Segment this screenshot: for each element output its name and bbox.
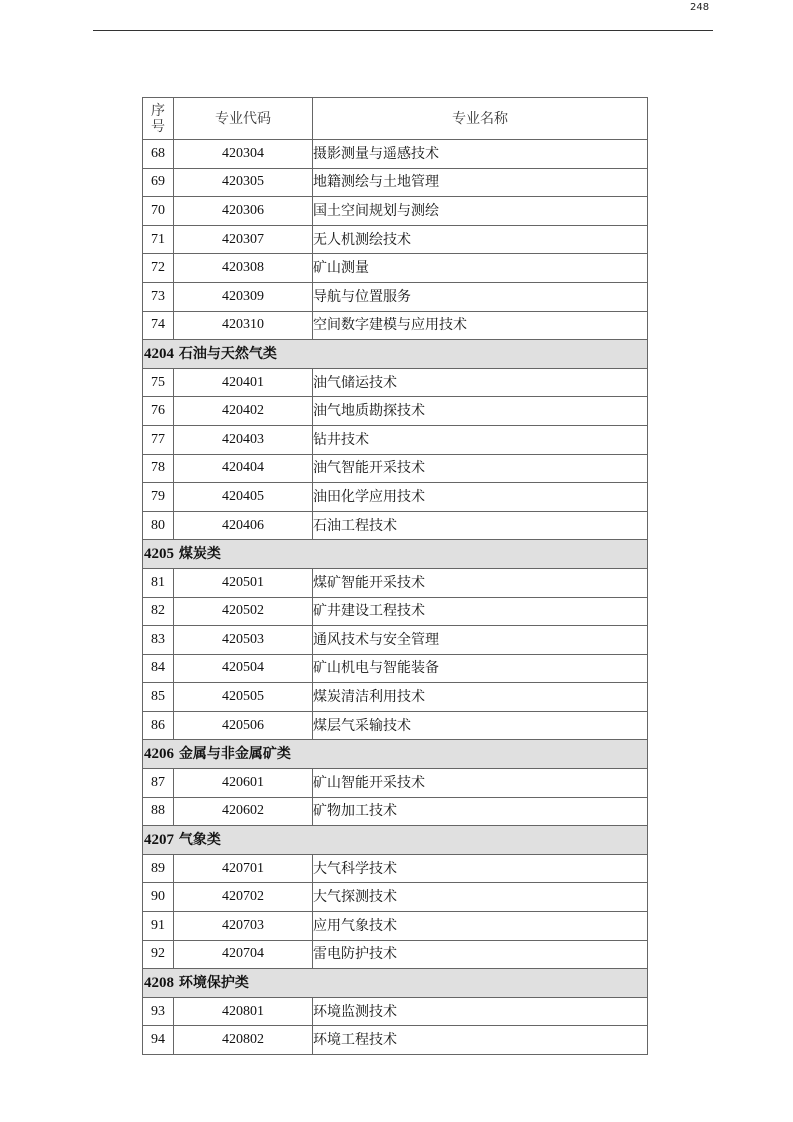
name-cell: 通风技术与安全管理 xyxy=(313,626,648,655)
name-cell: 导航与位置服务 xyxy=(313,282,648,311)
majors-table: 序 号 专业代码 专业名称 68420304摄影测量与遥感技术69420305地… xyxy=(142,97,648,1055)
code-cell: 420402 xyxy=(174,397,313,426)
seq-cell: 72 xyxy=(143,254,174,283)
name-cell: 环境监测技术 xyxy=(313,997,648,1026)
seq-cell: 74 xyxy=(143,311,174,340)
group-name: 环境保护类 xyxy=(179,975,249,991)
seq-cell: 92 xyxy=(143,940,174,969)
name-cell: 空间数字建模与应用技术 xyxy=(313,311,648,340)
name-cell: 雷电防护技术 xyxy=(313,940,648,969)
table-row: 82420502矿井建设工程技术 xyxy=(143,597,648,626)
name-cell: 煤层气采输技术 xyxy=(313,711,648,740)
code-cell: 420502 xyxy=(174,597,313,626)
group-code: 4205 xyxy=(144,546,174,562)
page-number: 248 xyxy=(690,2,709,13)
seq-cell: 70 xyxy=(143,197,174,226)
code-cell: 420406 xyxy=(174,511,313,540)
group-header-cell: 4208 环境保护类 xyxy=(143,969,648,998)
seq-cell: 68 xyxy=(143,140,174,169)
seq-cell: 77 xyxy=(143,425,174,454)
name-cell: 钻井技术 xyxy=(313,425,648,454)
code-cell: 420403 xyxy=(174,425,313,454)
name-cell: 大气科学技术 xyxy=(313,854,648,883)
code-cell: 420801 xyxy=(174,997,313,1026)
group-header-cell: 4206 金属与非金属矿类 xyxy=(143,740,648,769)
seq-cell: 94 xyxy=(143,1026,174,1055)
table-row: 87420601矿山智能开采技术 xyxy=(143,769,648,798)
group-header-cell: 4204 石油与天然气类 xyxy=(143,340,648,369)
name-cell: 矿物加工技术 xyxy=(313,797,648,826)
code-cell: 420309 xyxy=(174,282,313,311)
name-cell: 应用气象技术 xyxy=(313,912,648,941)
table-body: 68420304摄影测量与遥感技术69420305地籍测绘与土地管理704203… xyxy=(143,140,648,1055)
header-name: 专业名称 xyxy=(313,98,648,140)
seq-cell: 69 xyxy=(143,168,174,197)
group-header-cell: 4205 煤炭类 xyxy=(143,540,648,569)
table-row: 68420304摄影测量与遥感技术 xyxy=(143,140,648,169)
table-header-row: 序 号 专业代码 专业名称 xyxy=(143,98,648,140)
group-header-row: 4204 石油与天然气类 xyxy=(143,340,648,369)
group-code: 4206 xyxy=(144,746,174,762)
seq-cell: 87 xyxy=(143,769,174,798)
code-cell: 420501 xyxy=(174,568,313,597)
name-cell: 煤矿智能开采技术 xyxy=(313,568,648,597)
name-cell: 大气探测技术 xyxy=(313,883,648,912)
name-cell: 环境工程技术 xyxy=(313,1026,648,1055)
group-name: 石油与天然气类 xyxy=(179,346,277,362)
table-row: 81420501煤矿智能开采技术 xyxy=(143,568,648,597)
group-code: 4208 xyxy=(144,975,174,991)
table-row: 69420305地籍测绘与土地管理 xyxy=(143,168,648,197)
table-row: 70420306国土空间规划与测绘 xyxy=(143,197,648,226)
group-header-row: 4207 气象类 xyxy=(143,826,648,855)
code-cell: 420304 xyxy=(174,140,313,169)
table-row: 78420404油气智能开采技术 xyxy=(143,454,648,483)
seq-cell: 90 xyxy=(143,883,174,912)
code-cell: 420306 xyxy=(174,197,313,226)
seq-cell: 86 xyxy=(143,711,174,740)
table-row: 80420406石油工程技术 xyxy=(143,511,648,540)
header-seq-line2: 号 xyxy=(151,119,165,135)
table-row: 76420402油气地质勘探技术 xyxy=(143,397,648,426)
seq-cell: 79 xyxy=(143,483,174,512)
code-cell: 420308 xyxy=(174,254,313,283)
header-rule xyxy=(93,30,713,31)
group-name: 气象类 xyxy=(179,832,221,848)
seq-cell: 91 xyxy=(143,912,174,941)
seq-cell: 89 xyxy=(143,854,174,883)
code-cell: 420701 xyxy=(174,854,313,883)
seq-cell: 83 xyxy=(143,626,174,655)
group-code: 4204 xyxy=(144,346,174,362)
seq-cell: 80 xyxy=(143,511,174,540)
table-row: 73420309导航与位置服务 xyxy=(143,282,648,311)
code-cell: 420802 xyxy=(174,1026,313,1055)
table-row: 86420506煤层气采输技术 xyxy=(143,711,648,740)
table-row: 83420503通风技术与安全管理 xyxy=(143,626,648,655)
seq-cell: 82 xyxy=(143,597,174,626)
code-cell: 420305 xyxy=(174,168,313,197)
seq-cell: 88 xyxy=(143,797,174,826)
name-cell: 无人机测绘技术 xyxy=(313,225,648,254)
group-name: 金属与非金属矿类 xyxy=(179,746,291,762)
name-cell: 煤炭清洁利用技术 xyxy=(313,683,648,712)
table-row: 90420702大气探测技术 xyxy=(143,883,648,912)
name-cell: 油气地质勘探技术 xyxy=(313,397,648,426)
code-cell: 420503 xyxy=(174,626,313,655)
code-cell: 420405 xyxy=(174,483,313,512)
name-cell: 矿井建设工程技术 xyxy=(313,597,648,626)
seq-cell: 81 xyxy=(143,568,174,597)
table-row: 89420701大气科学技术 xyxy=(143,854,648,883)
header-code: 专业代码 xyxy=(174,98,313,140)
table-row: 75420401油气储运技术 xyxy=(143,368,648,397)
name-cell: 油气储运技术 xyxy=(313,368,648,397)
seq-cell: 93 xyxy=(143,997,174,1026)
table-row: 85420505煤炭清洁利用技术 xyxy=(143,683,648,712)
code-cell: 420505 xyxy=(174,683,313,712)
table-row: 77420403钻井技术 xyxy=(143,425,648,454)
code-cell: 420702 xyxy=(174,883,313,912)
table-row: 92420704雷电防护技术 xyxy=(143,940,648,969)
seq-cell: 78 xyxy=(143,454,174,483)
group-header-cell: 4207 气象类 xyxy=(143,826,648,855)
code-cell: 420504 xyxy=(174,654,313,683)
code-cell: 420310 xyxy=(174,311,313,340)
name-cell: 摄影测量与遥感技术 xyxy=(313,140,648,169)
name-cell: 矿山机电与智能装备 xyxy=(313,654,648,683)
code-cell: 420704 xyxy=(174,940,313,969)
header-seq: 序 号 xyxy=(143,98,174,140)
code-cell: 420401 xyxy=(174,368,313,397)
code-cell: 420602 xyxy=(174,797,313,826)
group-code: 4207 xyxy=(144,832,174,848)
name-cell: 地籍测绘与土地管理 xyxy=(313,168,648,197)
name-cell: 石油工程技术 xyxy=(313,511,648,540)
code-cell: 420307 xyxy=(174,225,313,254)
seq-cell: 73 xyxy=(143,282,174,311)
table-row: 93420801环境监测技术 xyxy=(143,997,648,1026)
name-cell: 油气智能开采技术 xyxy=(313,454,648,483)
seq-cell: 71 xyxy=(143,225,174,254)
group-header-row: 4205 煤炭类 xyxy=(143,540,648,569)
group-name: 煤炭类 xyxy=(179,546,221,562)
code-cell: 420506 xyxy=(174,711,313,740)
name-cell: 矿山智能开采技术 xyxy=(313,769,648,798)
seq-cell: 85 xyxy=(143,683,174,712)
name-cell: 矿山测量 xyxy=(313,254,648,283)
name-cell: 油田化学应用技术 xyxy=(313,483,648,512)
group-header-row: 4208 环境保护类 xyxy=(143,969,648,998)
code-cell: 420703 xyxy=(174,912,313,941)
table-row: 91420703应用气象技术 xyxy=(143,912,648,941)
table-row: 84420504矿山机电与智能装备 xyxy=(143,654,648,683)
group-header-row: 4206 金属与非金属矿类 xyxy=(143,740,648,769)
seq-cell: 84 xyxy=(143,654,174,683)
table-row: 74420310空间数字建模与应用技术 xyxy=(143,311,648,340)
seq-cell: 75 xyxy=(143,368,174,397)
header-seq-line1: 序 xyxy=(151,103,165,119)
code-cell: 420404 xyxy=(174,454,313,483)
table-row: 71420307无人机测绘技术 xyxy=(143,225,648,254)
code-cell: 420601 xyxy=(174,769,313,798)
name-cell: 国土空间规划与测绘 xyxy=(313,197,648,226)
seq-cell: 76 xyxy=(143,397,174,426)
table-row: 72420308矿山测量 xyxy=(143,254,648,283)
table-row: 88420602矿物加工技术 xyxy=(143,797,648,826)
table-row: 94420802环境工程技术 xyxy=(143,1026,648,1055)
table-row: 79420405油田化学应用技术 xyxy=(143,483,648,512)
